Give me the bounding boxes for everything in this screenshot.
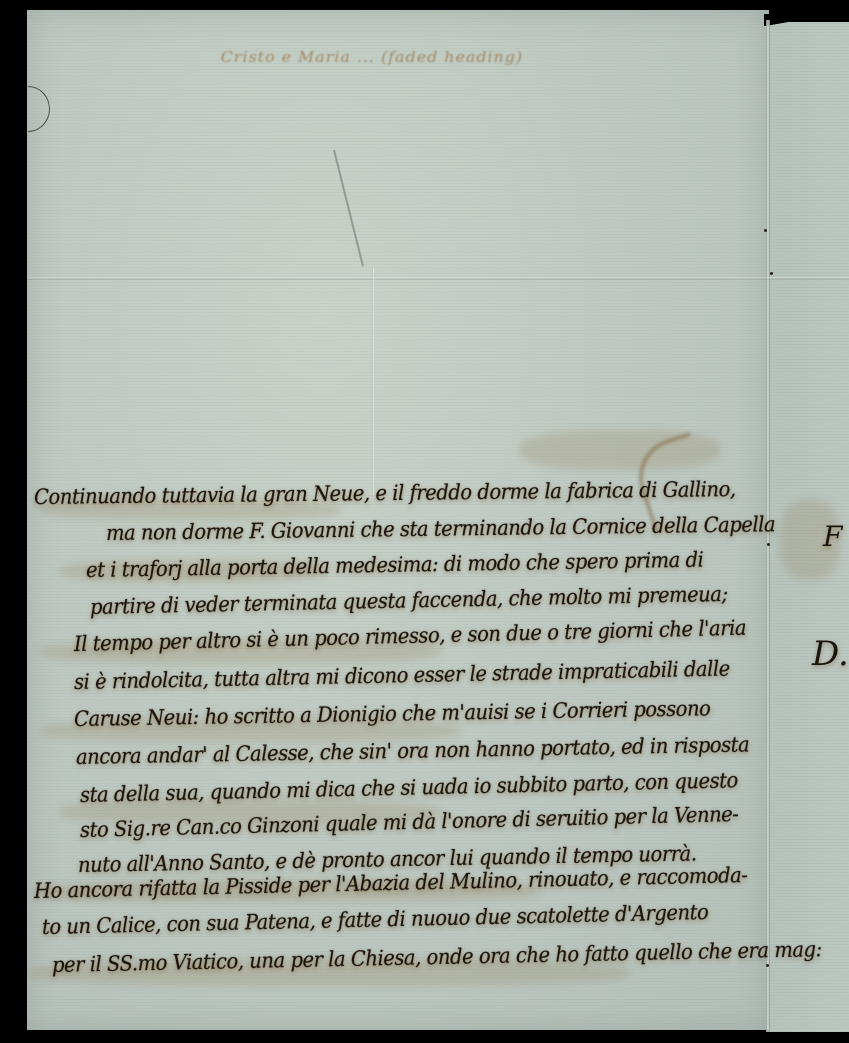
pencil-arc-mark bbox=[6, 86, 50, 132]
ink-speck bbox=[766, 964, 769, 967]
ink-speck bbox=[770, 272, 773, 275]
right-page-fragment: D. bbox=[812, 634, 849, 674]
right-page-fragment: F bbox=[823, 520, 842, 553]
faded-header-annotation: Cristo e Maria ... (faded heading) bbox=[221, 48, 523, 66]
vertical-fold-line bbox=[372, 268, 375, 498]
ink-speck bbox=[767, 543, 770, 546]
ink-speck bbox=[764, 229, 767, 232]
horizontal-fold-line bbox=[27, 277, 849, 280]
document-scan: Cristo e Maria ... (faded heading) Conti… bbox=[0, 0, 849, 1043]
page-corner-shadow bbox=[764, 14, 849, 26]
